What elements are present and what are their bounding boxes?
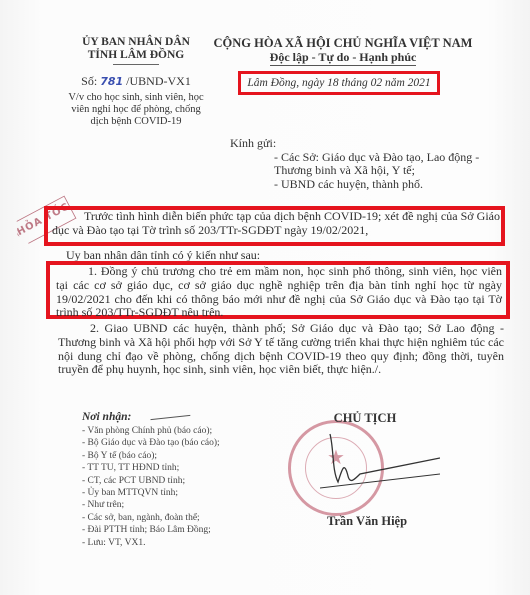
signer-title: CHỦ TỊCH	[315, 411, 415, 426]
nation-title: CỘNG HÒA XÃ HỘI CHỦ NGHĨA VIỆT NAM	[208, 36, 478, 50]
distribution-item: - Bộ Y tế (báo cáo);	[82, 450, 252, 462]
document-subject: V/v cho học sinh, sinh viên, học viên ng…	[62, 92, 210, 128]
initial-mark	[150, 407, 191, 420]
recipients-label: Kính gửi:	[230, 137, 490, 151]
point-1-paragraph: 1. Đồng ý chủ trương cho trẻ em mầm non,…	[56, 265, 502, 320]
issuing-agency: ỦY BAN NHÂN DÂN TỈNH LÂM ĐỒNG	[62, 36, 210, 65]
distribution-item: - Đài PTTH tỉnh; Báo Lâm Đồng;	[82, 524, 252, 536]
distribution-title: Nơi nhận:	[82, 411, 131, 423]
document-page: ỦY BAN NHÂN DÂN TỈNH LÂM ĐỒNG Số: 781 /U…	[0, 0, 530, 595]
distribution-list: - Văn phòng Chính phủ (báo cáo); - Bộ Gi…	[82, 425, 252, 549]
date-line: Lâm Đồng, ngày 18 tháng 02 năm 2021	[247, 77, 430, 89]
date-line-highlight: Lâm Đồng, ngày 18 tháng 02 năm 2021	[238, 71, 440, 95]
intro-paragraph: Trước tình hình diễn biến phức tạp của d…	[52, 210, 500, 238]
agency-underline	[113, 64, 159, 65]
point-2-paragraph: 2. Giao UBND các huyện, thành phố; Sở Gi…	[58, 322, 504, 377]
distribution-item: - Bộ Giáo dục và Đào tạo (báo cáo);	[82, 437, 252, 449]
distribution-item: - Ủy ban MTTQVN tỉnh;	[82, 487, 252, 499]
distribution-item: - Như trên;	[82, 499, 252, 511]
distribution-item: - CT, các PCT UBND tỉnh;	[82, 475, 252, 487]
signature-mark	[320, 430, 440, 490]
national-motto: Độc lập - Tự do - Hạnh phúc	[270, 50, 417, 66]
distribution-item: - Các sở, ban, ngành, đoàn thể;	[82, 512, 252, 524]
signer-name: Trần Văn Hiệp	[312, 514, 422, 529]
distribution-item: - Văn phòng Chính phủ (báo cáo);	[82, 425, 252, 437]
recipient-item: - UBND các huyện, thành phố.	[274, 178, 490, 192]
recipients-block: Kính gửi: - Các Sở: Giáo dục và Đào tạo,…	[230, 137, 490, 191]
document-number: Số: 781 /UBND-VX1	[66, 74, 206, 89]
agency-line-1: ỦY BAN NHÂN DÂN	[62, 36, 210, 49]
distribution-item: - Lưu: VT, VX1.	[82, 537, 252, 549]
distribution-item: - TT TU, TT HĐND tỉnh;	[82, 462, 252, 474]
handwritten-number: 781	[100, 75, 123, 88]
national-header: CỘNG HÒA XÃ HỘI CHỦ NGHĨA VIỆT NAM Độc l…	[208, 36, 478, 66]
agency-line-2: TỈNH LÂM ĐỒNG	[62, 49, 210, 62]
recipient-item: - Các Sở: Giáo dục và Đào tạo, Lao động …	[274, 151, 490, 178]
